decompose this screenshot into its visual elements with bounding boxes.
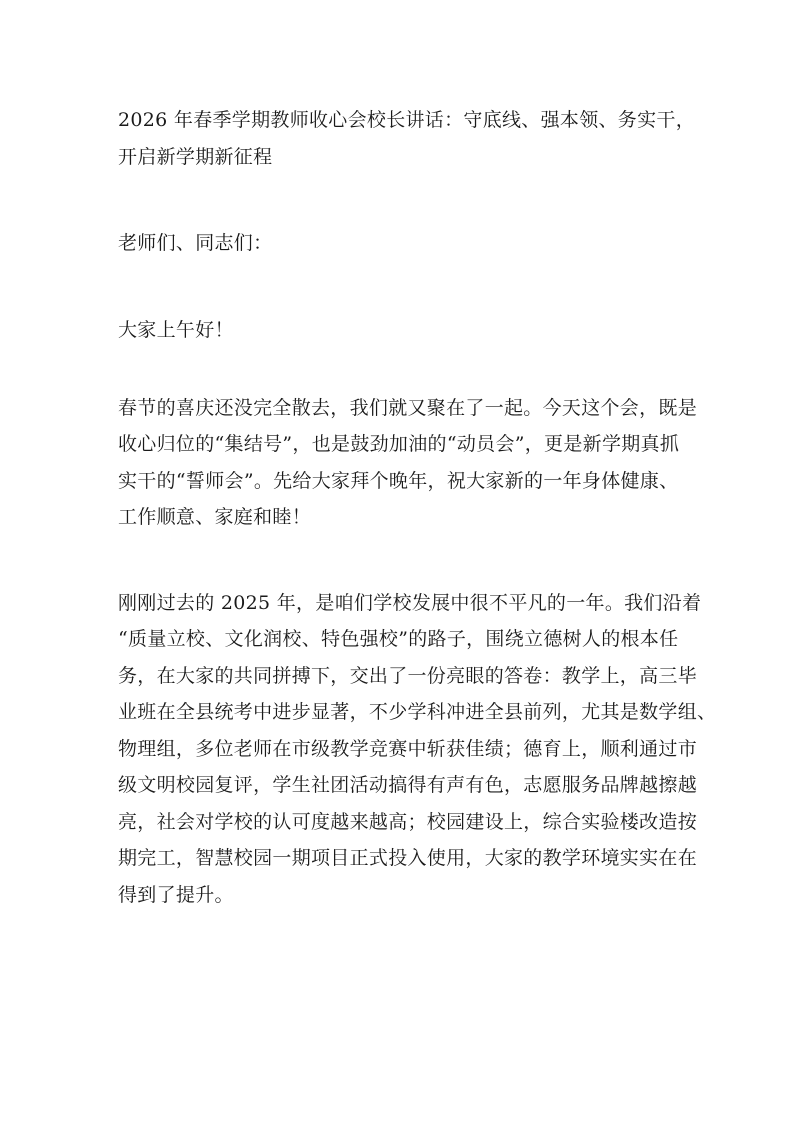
- paragraph-2-line-3: 务，在大家的共同拼搏下，交出了一份亮眼的答卷：教学上，高三毕: [118, 664, 697, 688]
- paragraph-2-line-1: 刚刚过去的 2025 年，是咱们学校发展中很不平凡的一年。我们沿着: [118, 591, 701, 615]
- paragraph-1-line-2: 收心归位的“集结号”，也是鼓劲加油的“动员会”，更是新学期真抓: [118, 432, 679, 456]
- paragraph-2-line-7: 亮，社会对学校的认可度越来越高；校园建设上，综合实验楼改造按: [118, 810, 697, 834]
- greeting: 大家上午好！: [118, 318, 234, 342]
- document-page: 2026 年春季学期教师收心会校长讲话：守底线、强本领、务实干， 开启新学期新征…: [0, 0, 793, 1122]
- title-line-2: 开启新学期新征程: [118, 145, 272, 169]
- salutation: 老师们、同志们：: [118, 231, 272, 255]
- paragraph-2-line-6: 级文明校园复评，学生社团活动搞得有声有色，志愿服务品牌越擦越: [118, 773, 697, 797]
- paragraph-2-line-8: 期完工，智慧校园一期项目正式投入使用，大家的教学环境实实在在: [118, 846, 697, 870]
- paragraph-2-line-5: 物理组，多位老师在市级教学竞赛中斩获佳绩；德育上，顺利通过市: [118, 737, 697, 761]
- paragraph-1-line-3: 实干的“誓师会”。先给大家拜个晚年，祝大家新的一年身体健康、: [118, 469, 678, 493]
- paragraph-1-line-1: 春节的喜庆还没完全散去，我们就又聚在了一起。今天这个会，既是: [118, 396, 697, 420]
- paragraph-2-line-2: “质量立校、文化润校、特色强校”的路子，围绕立德树人的根本任: [118, 627, 678, 651]
- paragraph-2-line-9: 得到了提升。: [118, 883, 234, 907]
- paragraph-2-line-4: 业班在全县统考中进步显著，不少学科冲进全县前列，尤其是数学组、: [118, 700, 716, 724]
- title-line-1: 2026 年春季学期教师收心会校长讲话：守底线、强本领、务实干，: [118, 108, 695, 132]
- paragraph-1-line-4: 工作顺意、家庭和睦！: [118, 505, 311, 529]
